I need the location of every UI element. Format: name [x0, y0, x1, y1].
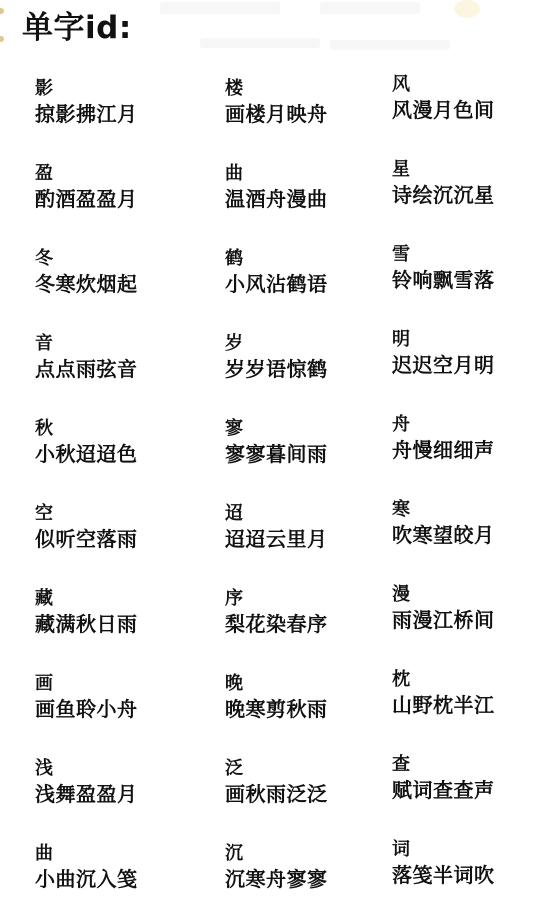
word-entry: 藏藏满秋日雨	[35, 588, 205, 638]
entry-character: 音	[35, 333, 205, 355]
entry-phrase: 似听空落雨	[35, 525, 205, 553]
entry-character: 漫	[392, 584, 538, 606]
decoration-dot	[0, 36, 4, 42]
entry-character: 岁	[225, 333, 395, 355]
entry-character: 星	[392, 159, 538, 181]
word-entry: 泛画秋雨泛泛	[225, 758, 395, 808]
word-entry: 浅浅舞盈盈月	[35, 758, 205, 808]
entry-character: 藏	[35, 588, 205, 610]
entry-character: 冬	[35, 248, 205, 270]
entry-phrase: 风漫月色间	[392, 96, 538, 124]
entry-character: 秋	[35, 418, 205, 440]
watermark-stroke	[320, 2, 420, 14]
word-entry: 曲小曲沉入笺	[35, 843, 205, 893]
entry-phrase: 小秋迢迢色	[35, 440, 205, 468]
entry-character: 曲	[225, 163, 395, 185]
entry-phrase: 铃响飘雪落	[392, 266, 538, 294]
entry-phrase: 画鱼聆小舟	[35, 695, 205, 723]
entry-phrase: 藏满秋日雨	[35, 610, 205, 638]
entry-character: 枕	[392, 669, 538, 691]
entry-phrase: 酌酒盈盈月	[35, 185, 205, 213]
word-entry: 影掠影拂江月	[35, 78, 205, 128]
entry-phrase: 点点雨弦音	[35, 355, 205, 383]
word-entry: 岁岁岁语惊鹤	[225, 333, 395, 383]
entry-character: 晚	[225, 673, 395, 695]
word-entry: 空似听空落雨	[35, 503, 205, 553]
entry-phrase: 迟迟空月明	[392, 351, 538, 379]
entry-character: 楼	[225, 78, 395, 100]
entry-character: 风	[392, 74, 538, 96]
left-edge-decoration	[0, 0, 8, 52]
entry-phrase: 雨漫江桥间	[392, 606, 538, 634]
entry-phrase: 寥寥暮间雨	[225, 440, 395, 468]
word-entry: 寒吹寒望皎月	[392, 499, 538, 549]
word-entry: 查赋词查查声	[392, 754, 538, 804]
word-entry: 迢迢迢云里月	[225, 503, 395, 553]
entry-phrase: 掠影拂江月	[35, 100, 205, 128]
page-title: 单字id:	[22, 8, 132, 48]
entry-phrase: 晚寒剪秋雨	[225, 695, 395, 723]
watermark-stroke	[200, 38, 320, 48]
word-entry: 寥寥寥暮间雨	[225, 418, 395, 468]
entry-character: 查	[392, 754, 538, 776]
word-entry: 枕山野枕半江	[392, 669, 538, 719]
entry-phrase: 温酒舟漫曲	[225, 185, 395, 213]
entry-phrase: 浅舞盈盈月	[35, 780, 205, 808]
entry-phrase: 画楼月映舟	[225, 100, 395, 128]
word-entry: 星诗绘沉沉星	[392, 159, 538, 209]
entry-character: 盈	[35, 163, 205, 185]
watermark-stroke	[330, 40, 450, 50]
entry-character: 词	[392, 839, 538, 861]
word-entry: 楼画楼月映舟	[225, 78, 395, 128]
entry-character: 沉	[225, 843, 395, 865]
word-entry: 鹤小风沾鹤语	[225, 248, 395, 298]
entry-phrase: 冬寒炊烟起	[35, 270, 205, 298]
entry-phrase: 岁岁语惊鹤	[225, 355, 395, 383]
word-entry: 雪铃响飘雪落	[392, 244, 538, 294]
entry-phrase: 迢迢云里月	[225, 525, 395, 553]
entry-phrase: 吹寒望皎月	[392, 521, 538, 549]
word-entry: 风风漫月色间	[392, 74, 538, 124]
entry-character: 迢	[225, 503, 395, 525]
watermark-glow	[454, 0, 480, 18]
faded-watermark	[150, 0, 480, 60]
entry-phrase: 落笺半词吹	[392, 861, 538, 889]
entry-character: 舟	[392, 414, 538, 436]
entry-character: 空	[35, 503, 205, 525]
entry-phrase: 山野枕半江	[392, 691, 538, 719]
entry-character: 浅	[35, 758, 205, 780]
word-entry: 晚晚寒剪秋雨	[225, 673, 395, 723]
word-entry: 词落笺半词吹	[392, 839, 538, 889]
word-entry: 音点点雨弦音	[35, 333, 205, 383]
entry-phrase: 沉寒舟寥寥	[225, 865, 395, 893]
word-entry: 曲温酒舟漫曲	[225, 163, 395, 213]
entry-phrase: 小曲沉入笺	[35, 865, 205, 893]
word-entry: 盈酌酒盈盈月	[35, 163, 205, 213]
entry-phrase: 梨花染春序	[225, 610, 395, 638]
entry-character: 寥	[225, 418, 395, 440]
entry-character: 曲	[35, 843, 205, 865]
word-entry: 漫雨漫江桥间	[392, 584, 538, 634]
word-entry: 沉沉寒舟寥寥	[225, 843, 395, 893]
entry-character: 寒	[392, 499, 538, 521]
decoration-dot	[0, 8, 4, 14]
entry-phrase: 赋词查查声	[392, 776, 538, 804]
entry-character: 泛	[225, 758, 395, 780]
entry-character: 明	[392, 329, 538, 351]
word-entry: 明迟迟空月明	[392, 329, 538, 379]
word-entry: 秋小秋迢迢色	[35, 418, 205, 468]
entry-phrase: 画秋雨泛泛	[225, 780, 395, 808]
word-entry: 画画鱼聆小舟	[35, 673, 205, 723]
entry-character: 鹤	[225, 248, 395, 270]
entry-character: 序	[225, 588, 395, 610]
word-entry: 序梨花染春序	[225, 588, 395, 638]
entry-phrase: 小风沾鹤语	[225, 270, 395, 298]
word-entry: 冬冬寒炊烟起	[35, 248, 205, 298]
entry-character: 影	[35, 78, 205, 100]
entry-character: 画	[35, 673, 205, 695]
entry-character: 雪	[392, 244, 538, 266]
watermark-stroke	[160, 2, 280, 14]
word-entry: 舟舟慢细细声	[392, 414, 538, 464]
entry-phrase: 诗绘沉沉星	[392, 181, 538, 209]
entry-phrase: 舟慢细细声	[392, 436, 538, 464]
